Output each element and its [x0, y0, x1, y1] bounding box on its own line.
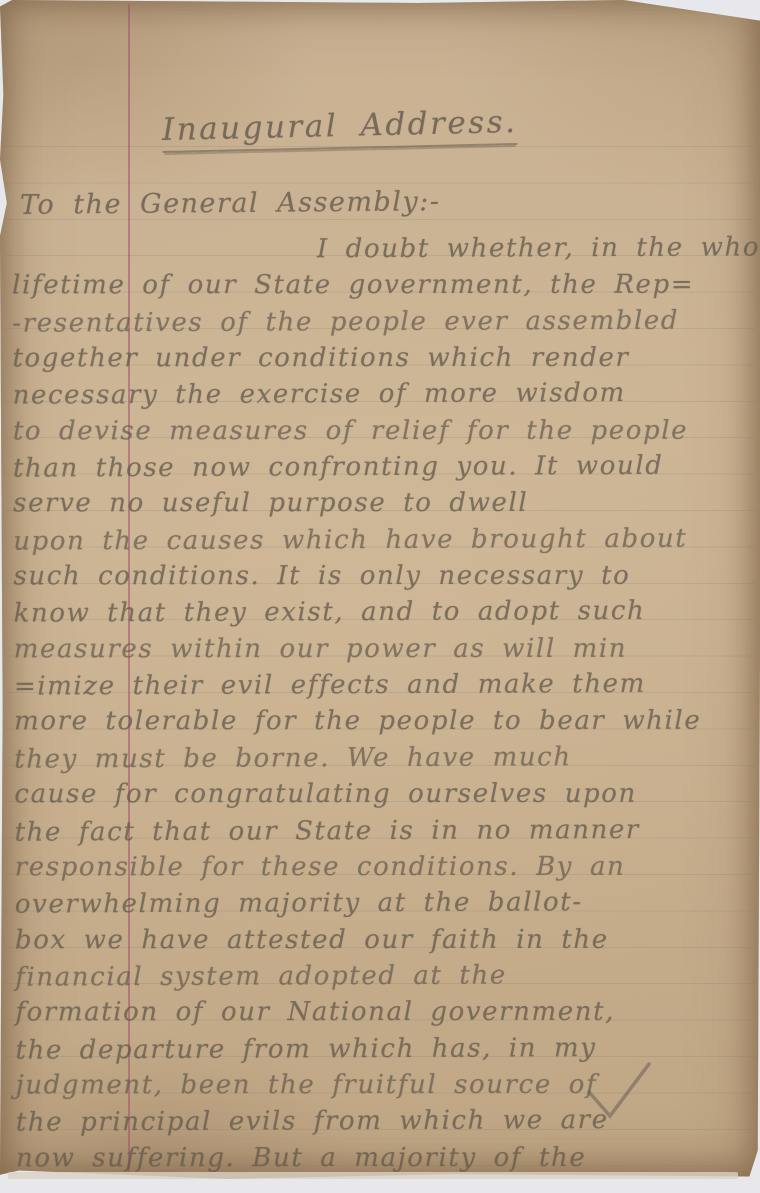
manuscript-line: I doubt whether, in the whole [12, 229, 758, 269]
manuscript-line: together under conditions which render [12, 340, 758, 377]
sheet-beneath-edge [8, 1172, 738, 1179]
manuscript-line: the fact that our State is in no manner [14, 811, 760, 851]
manuscript-line: box we have attested our faith in the [15, 921, 760, 958]
page-title: Inaugural Address. [0, 108, 760, 149]
manuscript-line: responsible for these conditions. By an [15, 849, 760, 886]
manuscript-paper: Inaugural Address. To the General Assemb… [0, 0, 760, 1180]
manuscript-line: necessary the exercise of more wisdom [13, 375, 759, 415]
manuscript-line: formation of our National government, [15, 994, 760, 1031]
manuscript-line: such conditions. It is only necessary to [13, 558, 759, 595]
manuscript-line: more tolerable for the people to bear wh… [14, 703, 760, 740]
scanned-page-backdrop: Inaugural Address. To the General Assemb… [0, 0, 760, 1193]
manuscript-line: upon the causes which have brought about [13, 520, 759, 560]
manuscript-line: measures within our power as will min [14, 630, 760, 667]
manuscript-line: financial system adopted at the [15, 956, 760, 996]
manuscript-line: lifetime of our State government, the Re… [12, 267, 758, 304]
handwriting-layer: Inaugural Address. To the General Assemb… [0, 0, 760, 1180]
manuscript-line: now suffering. But a majority of the [16, 1139, 760, 1176]
manuscript-line: to devise measures of relief for the peo… [13, 412, 759, 449]
manuscript-line: =imize their evil effects and make them [14, 665, 760, 705]
manuscript-line: -resentatives of the people ever assembl… [12, 302, 758, 342]
salutation: To the General Assembly:- [20, 186, 441, 221]
manuscript-line: know that they exist, and to adopt such [14, 593, 760, 633]
manuscript-body: I doubt whether, in the wholelifetime of… [12, 229, 760, 1177]
manuscript-line: they must be borne. We have much [14, 738, 760, 778]
stray-pencil-mark-icon [583, 1058, 655, 1124]
manuscript-line: cause for congratulating ourselves upon [14, 776, 760, 813]
manuscript-line: serve no useful purpose to dwell [13, 485, 759, 522]
manuscript-line: than those now confronting you. It would [13, 447, 759, 487]
page-title-text: Inaugural Address. [162, 104, 518, 153]
manuscript-line: overwhelming majority at the ballot- [15, 884, 760, 924]
